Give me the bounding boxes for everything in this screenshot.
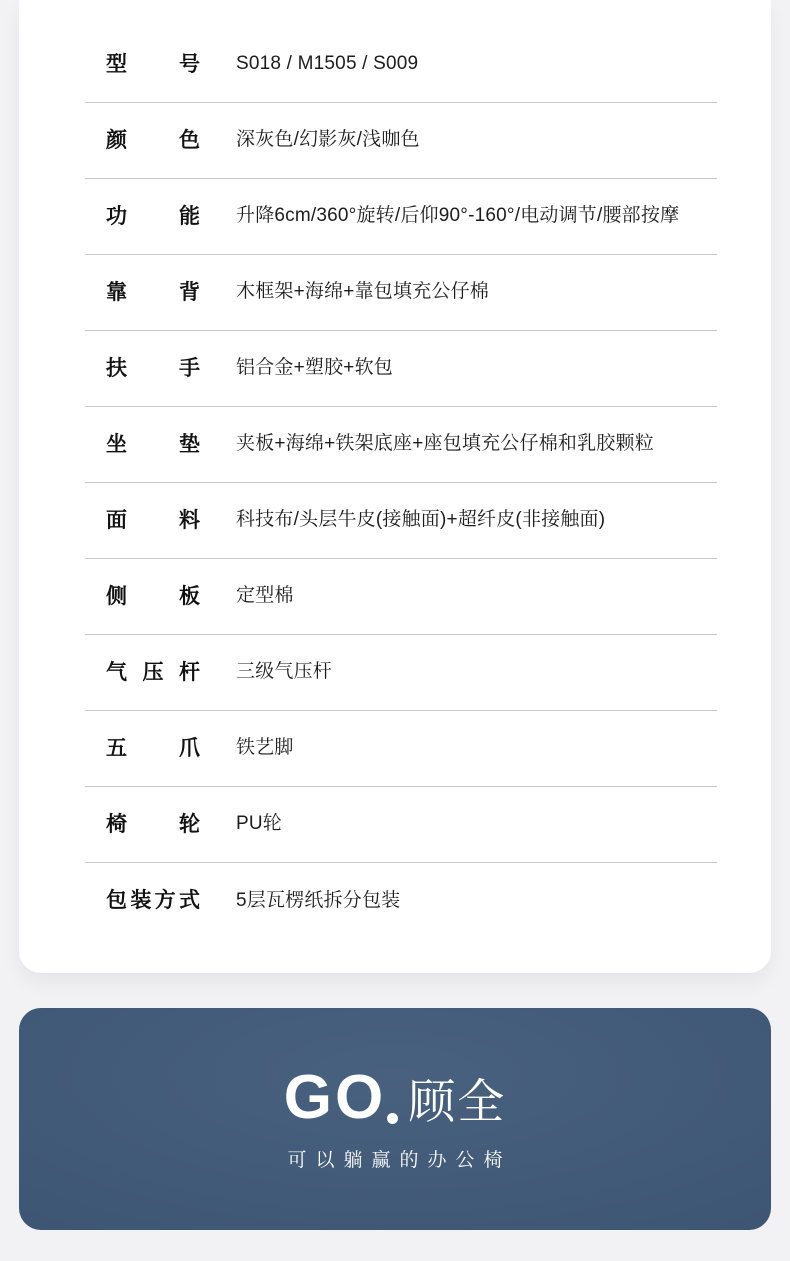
spec-card: 型号 S018 / M1505 / S009 颜色 深灰色/幻影灰/浅咖色 功能… — [19, 0, 771, 973]
spec-row-model: 型号 S018 / M1505 / S009 — [85, 27, 717, 103]
spec-row-packaging: 包装方式 5层瓦楞纸拆分包装 — [85, 863, 717, 939]
spec-row-armrest: 扶手 铝合金+塑胶+软包 — [85, 331, 717, 407]
spec-label: 椅轮 — [106, 812, 200, 837]
spec-row-casters: 椅轮 PU轮 — [85, 787, 717, 863]
brand-logo: GO 顾全 — [284, 1067, 506, 1129]
spec-label: 坐垫 — [106, 432, 200, 457]
spec-row-color: 颜色 深灰色/幻影灰/浅咖色 — [85, 103, 717, 179]
spec-value: 铁艺脚 — [236, 736, 294, 761]
spec-row-fabric: 面料 科技布/头层牛皮(接触面)+超纤皮(非接触面) — [85, 483, 717, 559]
spec-row-function: 功能 升降6cm/360°旋转/后仰90°-160°/电动调节/腰部按摩 — [85, 179, 717, 255]
spec-label: 气压杆 — [106, 660, 200, 685]
spec-value: 夹板+海绵+铁架底座+座包填充公仔棉和乳胶颗粒 — [236, 432, 654, 457]
spec-value: 升降6cm/360°旋转/后仰90°-160°/电动调节/腰部按摩 — [236, 204, 679, 229]
spec-table: 型号 S018 / M1505 / S009 颜色 深灰色/幻影灰/浅咖色 功能… — [85, 27, 717, 939]
brand-tagline: 可以躺赢的办公椅 — [278, 1145, 511, 1172]
brand-logo-cjk: 顾全 — [408, 1078, 506, 1125]
spec-label: 五爪 — [106, 736, 200, 761]
spec-label: 扶手 — [106, 356, 200, 381]
spec-label: 颜色 — [106, 128, 200, 153]
spec-label: 靠背 — [106, 280, 200, 305]
spec-label: 包装方式 — [106, 888, 200, 913]
spec-value: 5层瓦楞纸拆分包装 — [236, 889, 400, 914]
spec-value: 科技布/头层牛皮(接触面)+超纤皮(非接触面) — [236, 508, 605, 533]
brand-panel: GO 顾全 可以躺赢的办公椅 — [19, 1008, 771, 1230]
spec-row-side-panel: 侧板 定型棉 — [85, 559, 717, 635]
spec-row-backrest: 靠背 木框架+海绵+靠包填充公仔棉 — [85, 255, 717, 331]
brand-logo-latin: GO — [284, 1067, 386, 1129]
spec-label: 型号 — [106, 52, 200, 77]
spec-label: 功能 — [106, 204, 200, 229]
spec-row-seat-cushion: 坐垫 夹板+海绵+铁架底座+座包填充公仔棉和乳胶颗粒 — [85, 407, 717, 483]
spec-value: 深灰色/幻影灰/浅咖色 — [236, 128, 420, 153]
spec-row-gas-lift: 气压杆 三级气压杆 — [85, 635, 717, 711]
spec-value: S018 / M1505 / S009 — [236, 52, 418, 77]
spec-value: 铝合金+塑胶+软包 — [236, 356, 393, 381]
spec-row-base: 五爪 铁艺脚 — [85, 711, 717, 787]
spec-value: PU轮 — [236, 812, 282, 837]
spec-value: 木框架+海绵+靠包填充公仔棉 — [236, 280, 489, 305]
spec-value: 定型棉 — [236, 584, 294, 609]
logo-dot-icon — [387, 1113, 398, 1124]
spec-value: 三级气压杆 — [236, 660, 332, 685]
spec-label: 面料 — [106, 508, 200, 533]
spec-label: 侧板 — [106, 584, 200, 609]
